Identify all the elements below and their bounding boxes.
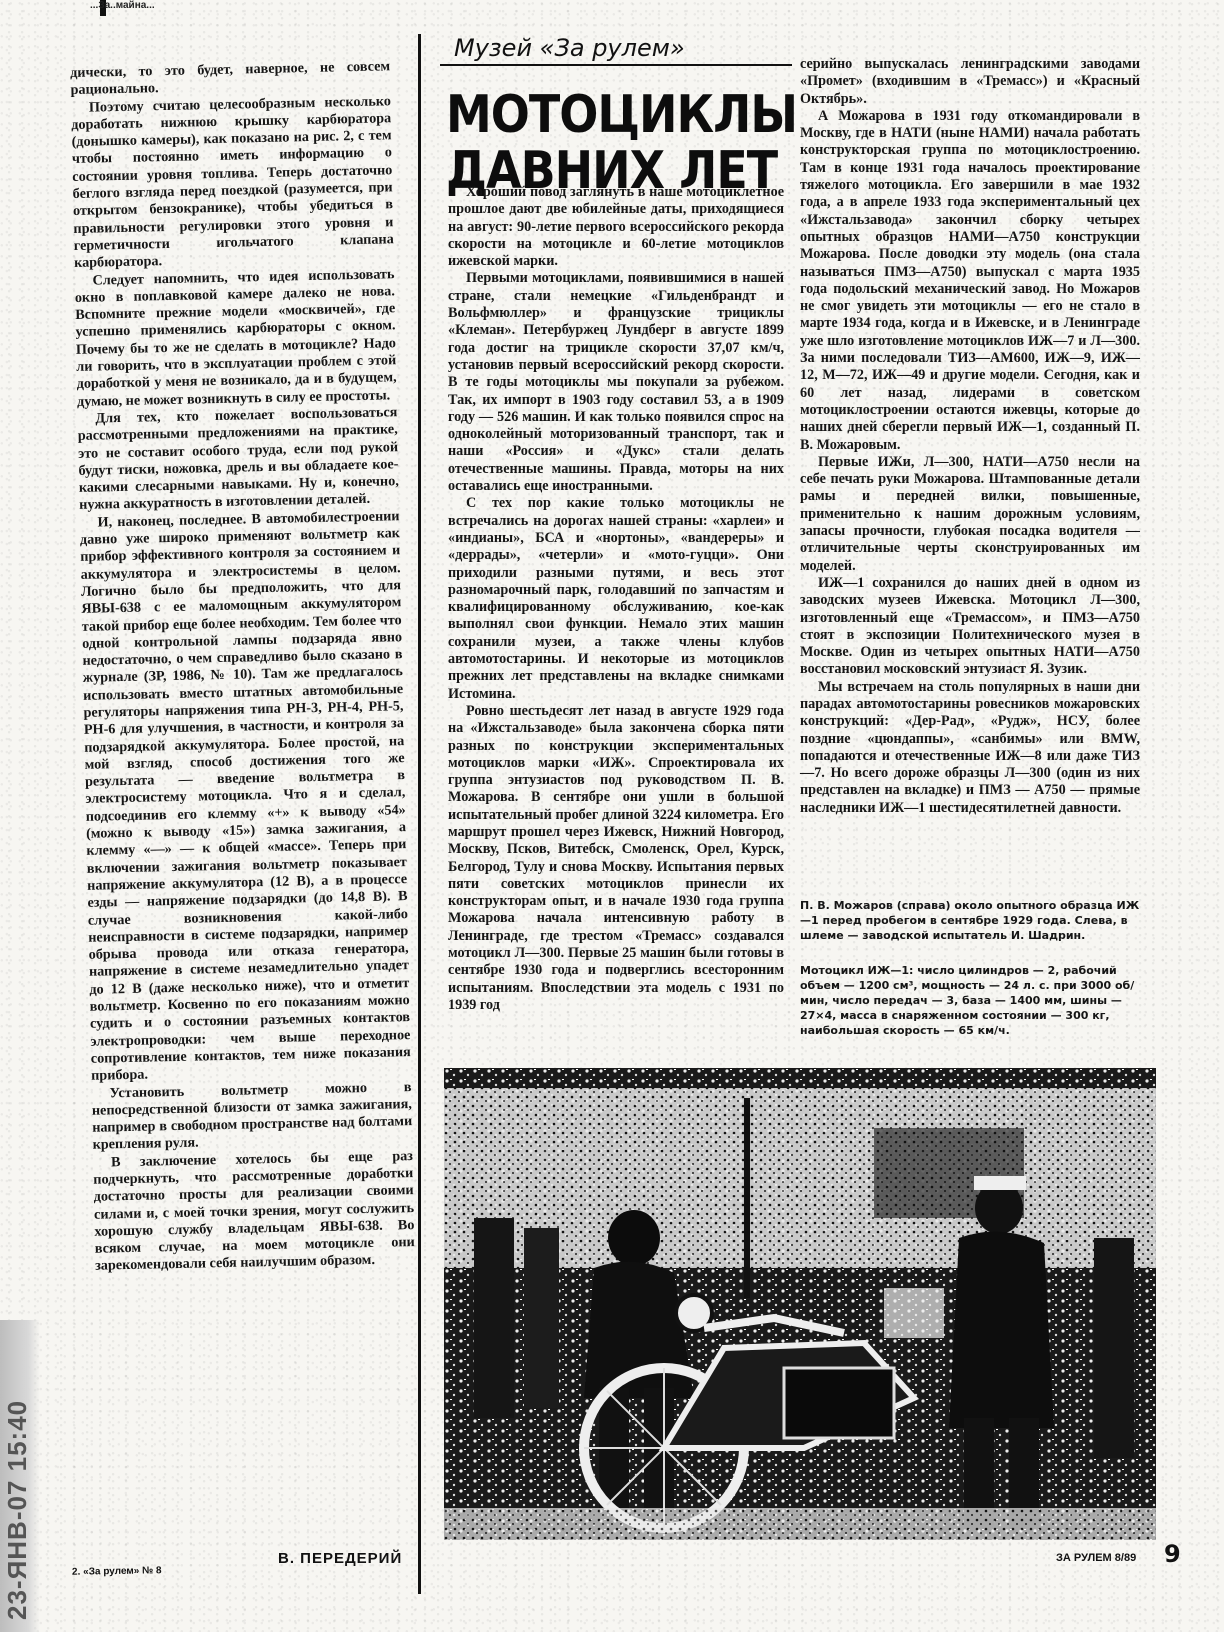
- spec-caption: Мотоцикл ИЖ—1: число цилиндров — 2, рабо…: [800, 963, 1140, 1038]
- paragraph: В заключение хотелось бы еще раз подчерк…: [93, 1148, 415, 1276]
- author-signature: В. ПЕРЕДЕРИЙ: [278, 1550, 402, 1567]
- scan-date-stamp: 23-ЯНВ-07 15:40: [2, 1380, 38, 1620]
- paragraph: Для тех, кто пожелает воспользоваться ра…: [77, 404, 399, 514]
- footer-issue-label: 2. «За рулем» № 8: [72, 1565, 162, 1578]
- motorcycle-photo: [444, 1068, 1156, 1540]
- main-article-column-2: Хороший повод заглянуть в наше мотоцикле…: [448, 184, 784, 1014]
- paragraph: И, наконец, последнее. В автомобилестрое…: [79, 508, 411, 1085]
- section-rubric: Музей «За рулем»: [454, 34, 685, 62]
- left-article-column: дически, то это будет, наверное, не совс…: [70, 58, 415, 1275]
- paragraph: Ровно шестьдесят лет назад в августе 192…: [448, 703, 784, 1014]
- paragraph: А Можарова в 1931 году откомандировали в…: [800, 108, 1140, 454]
- paragraph: С тех пор какие только мотоциклы не встр…: [448, 495, 784, 703]
- paragraph: Первыми мотоциклами, появившимися в наше…: [448, 270, 784, 495]
- footer-magazine-label: ЗА РУЛЕМ 8/89: [1056, 1552, 1136, 1564]
- paragraph: Установить вольтметр можно в непосредств…: [91, 1079, 412, 1155]
- photo-caption: П. В. Можаров (справа) около опытного об…: [800, 898, 1140, 943]
- paragraph: Следует напомнить, что идея использовать…: [74, 266, 397, 411]
- paragraph: ИЖ—1 сохранился до наших дней в одном из…: [800, 575, 1140, 679]
- paragraph: серийно выпускалась ленинградскими завод…: [800, 56, 1140, 108]
- rubric-underline: [440, 64, 792, 66]
- article-headline: МОТОЦИКЛЫ ДАВНИХ ЛЕТ: [446, 86, 786, 198]
- headline-line: МОТОЦИКЛЫ: [446, 86, 786, 142]
- paragraph: Поэтому считаю целесообразным несколько …: [71, 93, 395, 273]
- paragraph: Хороший повод заглянуть в наше мотоцикле…: [448, 184, 784, 270]
- paragraph: Первые ИЖи, Л—300, НАТИ—А750 несли на се…: [800, 454, 1140, 575]
- main-article-column-3: серийно выпускалась ленинградскими завод…: [800, 56, 1140, 817]
- paragraph: Мы встречаем на столь популярных в наши …: [800, 679, 1140, 817]
- column-divider: [418, 34, 421, 1594]
- photo-illustration: [444, 1068, 1156, 1540]
- top-clipped-text: ...За..майна...: [90, 0, 290, 10]
- page-number: 9: [1164, 1540, 1181, 1568]
